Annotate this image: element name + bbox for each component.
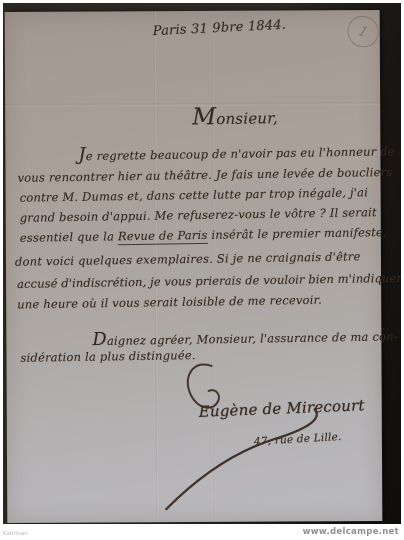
seller-watermark: Katirinan bbox=[3, 531, 28, 537]
body-line-1: Je regrette beaucoup de n'avoir pas eu l… bbox=[78, 143, 395, 163]
body-line-3: contre M. Dumas et, dans cette lutte par… bbox=[20, 185, 369, 204]
photo-background: Paris 31 9bre 1844. 1 Monsieur, Je regre… bbox=[3, 3, 401, 524]
scanned-letter-screenshot: Paris 31 9bre 1844. 1 Monsieur, Je regre… bbox=[0, 0, 404, 540]
page-number-circle: 1 bbox=[346, 14, 381, 49]
body-line-5-suffix: insérât le premier manifeste, bbox=[207, 225, 387, 242]
page-number-annotation: 1 bbox=[356, 23, 370, 41]
letter-page: Paris 31 9bre 1844. 1 Monsieur, Je regre… bbox=[5, 10, 383, 523]
address-line: 47, rue de Lille. bbox=[254, 431, 342, 448]
body-line-8: une heure où il vous serait loisible de … bbox=[17, 293, 322, 312]
signature-name: Eugène de Mirecourt bbox=[198, 396, 365, 421]
body-line-5-prefix: essentiel que la bbox=[20, 229, 118, 245]
paper-fold-vertical bbox=[154, 11, 160, 522]
salutation-line: Monsieur, bbox=[192, 107, 278, 128]
underlined-journal-title: Revue de Paris bbox=[118, 228, 208, 245]
body-line-2: vous rencontrer hier au théâtre. Je fais… bbox=[17, 165, 392, 185]
date-line: Paris 31 9bre 1844. bbox=[152, 18, 286, 39]
closing-line-1: Daignez agréer, Monsieur, l'assurance de… bbox=[92, 328, 398, 348]
paper-fold-vertical bbox=[212, 11, 218, 522]
site-watermark: www.delcampe.net bbox=[303, 527, 399, 537]
closing-line-2: sidération la plus distinguée. bbox=[20, 348, 195, 365]
body-line-5: essentiel que la Revue de Paris insérât … bbox=[20, 225, 387, 245]
body-line-6: dont voici quelques exemplaires. Si je n… bbox=[15, 249, 361, 268]
watermark-strip: Katirinan www.delcampe.net bbox=[0, 524, 404, 540]
body-line-7: accusé d'indiscrétion, je vous prierais … bbox=[17, 271, 401, 291]
body-line-4: grand besoin d'appui. Me refuserez-vous … bbox=[20, 205, 377, 225]
